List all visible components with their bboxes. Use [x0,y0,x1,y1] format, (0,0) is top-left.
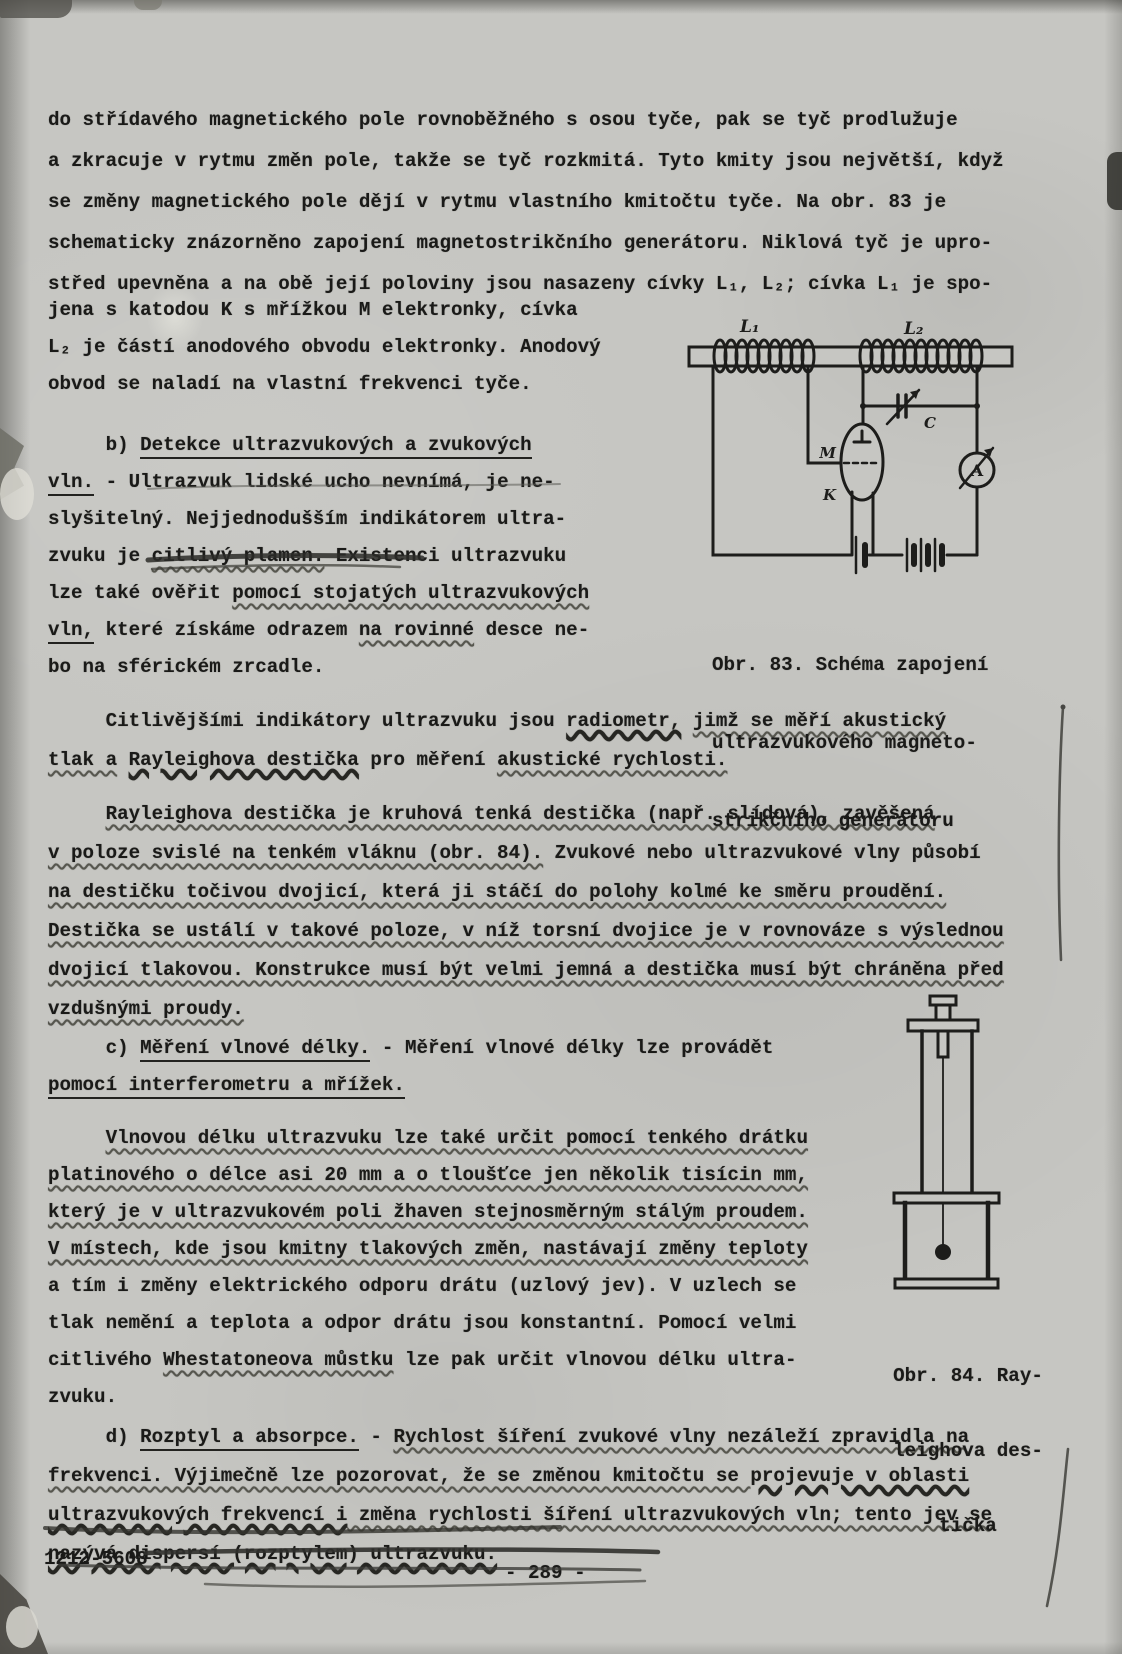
text-segment: do střídavého magnetického pole rovnoběž… [48,109,958,131]
text-segment: lze také ověřit [48,582,232,604]
fig84-caption-line: Obr. 84. Ray- [868,1364,1068,1389]
scanned-page: do střídavého magnetického pole rovnoběž… [0,0,1122,1654]
text-line: dvojicí tlakovou. Konstrukce musí být ve… [48,951,1004,990]
text-segment [48,803,106,825]
text-line: platinového o délce asi 20 mm a o tloušť… [48,1157,808,1194]
underlined-text: Rozptyl a absorpce. [140,1426,359,1451]
rayleigh-disc [935,1244,951,1260]
underlined-text: tlak a [48,749,117,771]
text-segment: pro měření [359,749,497,771]
scan-edge-shadow-bottom [0,1642,1122,1654]
paragraph-block-top: do střídavého magnetického pole rovnoběž… [48,100,1004,305]
fig83-caption-line: strikčního generátoru [712,808,988,834]
underlined-text: akustické rychlosti. [497,749,727,771]
text-line: L₂ je částí anodového obvodu elektronky.… [48,329,601,366]
text-segment [681,710,693,732]
scan-edge-shadow-top [0,0,1122,14]
scan-edge-shadow-left [0,0,30,1654]
page-number: - 289 - [505,1562,586,1584]
underlined-text: Rayleighova destička [129,749,359,771]
text-line: zvuku. [48,1379,808,1416]
text-segment: c) [48,1037,140,1059]
paragraph-block-left-of-fig84: c) Měření vlnové délky. - Měření vlnové … [48,1030,808,1416]
text-segment: - [359,1426,394,1448]
paragraph-block-bottom: d) Rozptyl a absorpce. - Rychlost šíření… [48,1418,992,1574]
underlined-text: dvojicí tlakovou. Konstrukce musí být ve… [48,959,1004,981]
text-segment: d) [48,1426,140,1448]
label-L2: L₂ [903,319,923,339]
text-segment: tlak nemění a teplota a odpor drátu jsou… [48,1312,796,1334]
underlined-text: radiometr, [566,710,681,732]
text-segment: - Měření vlnové délky lze provádět [370,1037,773,1059]
text-segment: obvod se naladí na vlastní frekvenci tyč… [48,373,532,395]
vacuum-tube [841,424,883,555]
fig83-caption-line: ultrazvukového magneto- [712,730,988,756]
underlined-text: vln. [48,471,94,496]
text-line: zvuku je citlivý plamen. Existenci ultra… [48,538,601,575]
print-code: 1212-5608 [44,1548,148,1570]
fig83-caption: Obr. 83. Schéma zapojení ultrazvukového … [712,600,988,886]
label-grid-M: M [818,444,836,462]
fig84-rayleigh-disc-diagram [880,990,1020,1300]
blank-line [48,1104,808,1120]
text-segment: Existenci ultrazvuku [324,545,566,567]
text-line: ultrazvukových frekvencí i změna rychlos… [48,1496,992,1535]
ink-smudge-right-edge [1107,152,1122,210]
text-segment: a zkracuje v rytmu změn pole, takže se t… [48,150,1004,172]
text-segment: slyšitelný. Nejjednodušším indikátorem u… [48,508,566,530]
underlined-text: platinového o délce asi 20 mm a o tloušť… [48,1164,808,1186]
text-line: citlivého Whestatoneova můstku lze pak u… [48,1342,808,1379]
text-line: vln. - Ultrazvuk lidské ucho nevnímá, je… [48,464,601,501]
text-segment: lze pak určit vlnovou délku ultra- [393,1349,796,1371]
underlined-text: citlivý plamen. [152,545,325,567]
text-segment: - Ultrazvuk lidské ucho nevnímá, je ne- [94,471,555,493]
underlined-text: Whestatoneova můstku [163,1349,393,1371]
label-capacitor-C: C [924,414,936,432]
text-line: d) Rozptyl a absorpce. - Rychlost šíření… [48,1418,992,1457]
underlined-text: Měření vlnové délky. [140,1037,370,1062]
text-line: pomocí interferometru a mřížek. [48,1067,808,1104]
text-line: se změny magnetického pole dějí v rytmu … [48,182,1004,223]
fig84-caption: Obr. 84. Ray- leighova des- tička [868,1314,1068,1589]
underlined-text: v poloze svislé na tenkém vláknu (obr. 8… [48,842,543,864]
text-line: vzdušnými proudy. [48,990,1004,1029]
text-segment: Citlivějšími indikátory ultrazvuku jsou [48,710,566,732]
underlined-text: pomocí interferometru a mřížek. [48,1074,405,1099]
underlined-text: pomocí stojatých ultrazvukových [232,582,589,604]
underlined-text: který je v ultrazvukovém poli žhaven ste… [48,1201,808,1223]
text-segment: které získáme odrazem [94,619,359,641]
text-line: lze také ověřit pomocí stojatých ultrazv… [48,575,601,612]
fig84-caption-line: leighova des- [868,1439,1068,1464]
paragraph-block-left-of-fig83: jena s katodou K s mřížkou M elektronky,… [48,292,601,686]
text-line: a zkracuje v rytmu změn pole, takže se t… [48,141,1004,182]
paper-damage-top-left [0,0,72,18]
text-line: V místech, kde jsou kmitny tlakových změ… [48,1231,808,1268]
underlined-text: Detekce ultrazvukových a zvukových [140,434,532,459]
fig84-caption-line: tička [868,1514,1068,1539]
underlined-text: vln, [48,619,94,644]
text-line: který je v ultrazvukovém poli žhaven ste… [48,1194,808,1231]
underlined-text: ultrazvukových frekvencí i [48,1504,347,1526]
text-line: b) Detekce ultrazvukových a zvukových [48,427,601,464]
text-line: vln, které získáme odrazem na rovinné de… [48,612,601,649]
fig83-circuit-diagram: L₁ L₂ M K C A [640,300,1020,590]
battery-multicell [907,539,942,571]
underlined-text: frekvenci. Výjimečně lze pozorovat, že s… [48,1465,750,1487]
text-segment: schematicky znázorněno zapojení magnetos… [48,232,992,254]
text-line: Vlnovou délku ultrazvuku lze také určit … [48,1120,808,1157]
text-segment: desce ne- [474,619,589,641]
underlined-text: V místech, kde jsou kmitny tlakových změ… [48,1238,808,1260]
paper-damage-top-notch [134,0,162,10]
text-line: schematicky znázorněno zapojení magnetos… [48,223,1004,264]
text-line: bo na sférickém zrcadle. [48,649,601,686]
underlined-text: Vlnovou délku ultrazvuku lze také určit … [106,1127,808,1149]
text-segment: a tím i změny elektrického odporu drátu … [48,1275,796,1297]
fig83-caption-line: Obr. 83. Schéma zapojení [712,652,988,678]
text-line: tlak nemění a teplota a odpor drátu jsou… [48,1305,808,1342]
text-line: Destička se ustálí v takové poloze, v ní… [48,912,1004,951]
text-segment: se změny magnetického pole dějí v rytmu … [48,191,946,213]
paper-damage-bottom-left-light [6,1606,38,1648]
scan-edge-shadow-right [1104,0,1122,1654]
text-segment: citlivého [48,1349,163,1371]
text-line: c) Měření vlnové délky. - Měření vlnové … [48,1030,808,1067]
label-L1: L₁ [739,317,759,337]
underlined-text: vzdušnými proudy. [48,998,244,1020]
pen-margin-line-1 [1059,707,1063,960]
text-line: do střídavého magnetického pole rovnoběž… [48,100,1004,141]
text-line: a tím i změny elektrického odporu drátu … [48,1268,808,1305]
text-segment [48,1127,106,1149]
text-segment: L₂ je částí anodového obvodu elektronky.… [48,336,601,358]
label-cathode-K: K [822,486,837,504]
text-segment: jena s katodou K s mřížkou M elektronky,… [48,299,578,321]
text-segment: zvuku. [48,1386,117,1408]
battery-cell [856,537,865,573]
text-line: slyšitelný. Nejjednodušším indikátorem u… [48,501,601,538]
blank-line [48,403,601,427]
paper-tear-light-patch [0,468,34,520]
text-line: frekvenci. Výjimečně lze pozorovat, že s… [48,1457,992,1496]
text-line: obvod se naladí na vlastní frekvenci tyč… [48,366,601,403]
text-segment: bo na sférickém zrcadle. [48,656,324,678]
text-line: jena s katodou K s mřížkou M elektronky,… [48,292,601,329]
underlined-text: na rovinné [359,619,474,641]
text-segment: b) [48,434,140,456]
underlined-text: Destička se ustálí v takové poloze, v ní… [48,920,1004,942]
text-segment: zvuku je [48,545,152,567]
label-ammeter-A: A [970,461,984,480]
text-segment [117,749,129,771]
